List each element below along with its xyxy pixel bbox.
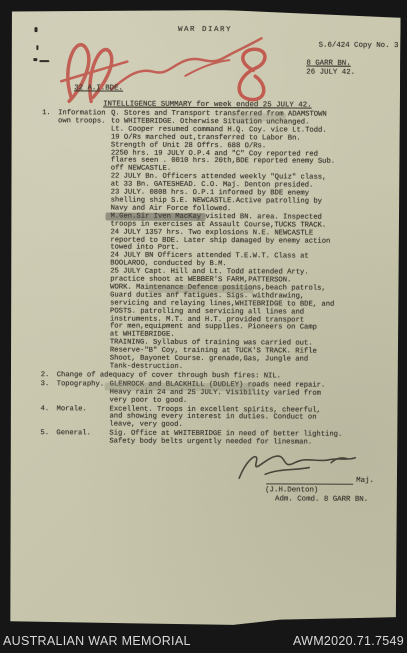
summary-title: INTELLIGENCE SUMMARY for week ended 25 J… xyxy=(103,100,311,109)
sec-num: 4. xyxy=(40,406,56,430)
content-line: Safety body belts urgently needed for li… xyxy=(109,439,396,448)
label-line: Morale. xyxy=(56,406,109,414)
label-line: General. xyxy=(56,430,109,438)
paper-mark xyxy=(39,60,49,62)
footer-reference: AWM2020.71.7549 xyxy=(293,634,404,648)
sec-num: 5. xyxy=(40,430,56,446)
signature-rank: Maj. xyxy=(356,477,374,485)
sec-num: 3. xyxy=(41,381,57,405)
paper-mark xyxy=(36,45,38,50)
section-row: 1.Informationown troops.Q. Stores and Tr… xyxy=(8,110,398,373)
section-row: 4.Morale.Excellent. Troops in excellent … xyxy=(7,406,396,432)
sec-content: Sig. Office at WHITEBRIDGE in need of be… xyxy=(109,431,396,448)
sec-label: Informationown troops. xyxy=(57,110,111,371)
footer-bar: AUSTRALIAN WAR MEMORIAL AWM2020.71.7549 xyxy=(0,629,407,653)
sec-label: General. xyxy=(56,430,109,446)
page-background: { "header": { "war_diary": "WAR DIARY", … xyxy=(0,0,407,653)
sec-num: 2. xyxy=(41,372,57,380)
footer-institution: AUSTRALIAN WAR MEMORIAL xyxy=(3,634,191,648)
signature-position: Adm. Comd. 8 GARR BN. xyxy=(275,495,368,503)
section-row: 5.General.Sig. Office at WHITEBRIDGE in … xyxy=(7,430,396,448)
sec-content: Excellent. Troops in excellent spirits, … xyxy=(109,406,396,431)
summary-sections: 1.Informationown troops.Q. Stores and Tr… xyxy=(7,110,398,448)
sec-label: Morale. xyxy=(56,406,109,430)
label-line: Topography. xyxy=(57,381,110,389)
sec-label: Topography. xyxy=(57,381,110,405)
paper-mark xyxy=(33,58,37,61)
file-reference: S.6/424 Copy No. 3 xyxy=(319,42,399,50)
sec-num: 1. xyxy=(41,110,58,371)
sec-content: GLENROCK and BLACKHILL (DUDLEY) roads ne… xyxy=(110,381,397,406)
addressee-unit: 32 A.I.BDE. xyxy=(74,84,123,92)
section-row: 3.Topography.GLENROCK and BLACKHILL (DUD… xyxy=(8,381,397,407)
label-line: Change of adequacy of cover through bush… xyxy=(57,372,110,380)
label-line: own troops. xyxy=(58,118,111,126)
sec-label: Change of adequacy of cover through bush… xyxy=(57,372,110,380)
document-paper: WAR DIARY 8 S.6/424 Copy No. 3 8 GARR BN… xyxy=(6,9,400,627)
sec-content: Q. Stores and Transport transferred from… xyxy=(110,111,398,373)
signature-name: (J.H.Denton) xyxy=(265,486,318,494)
document-date: 26 JULY 42. xyxy=(306,69,355,77)
unit-designation: 8 GARR BN. xyxy=(306,60,350,68)
